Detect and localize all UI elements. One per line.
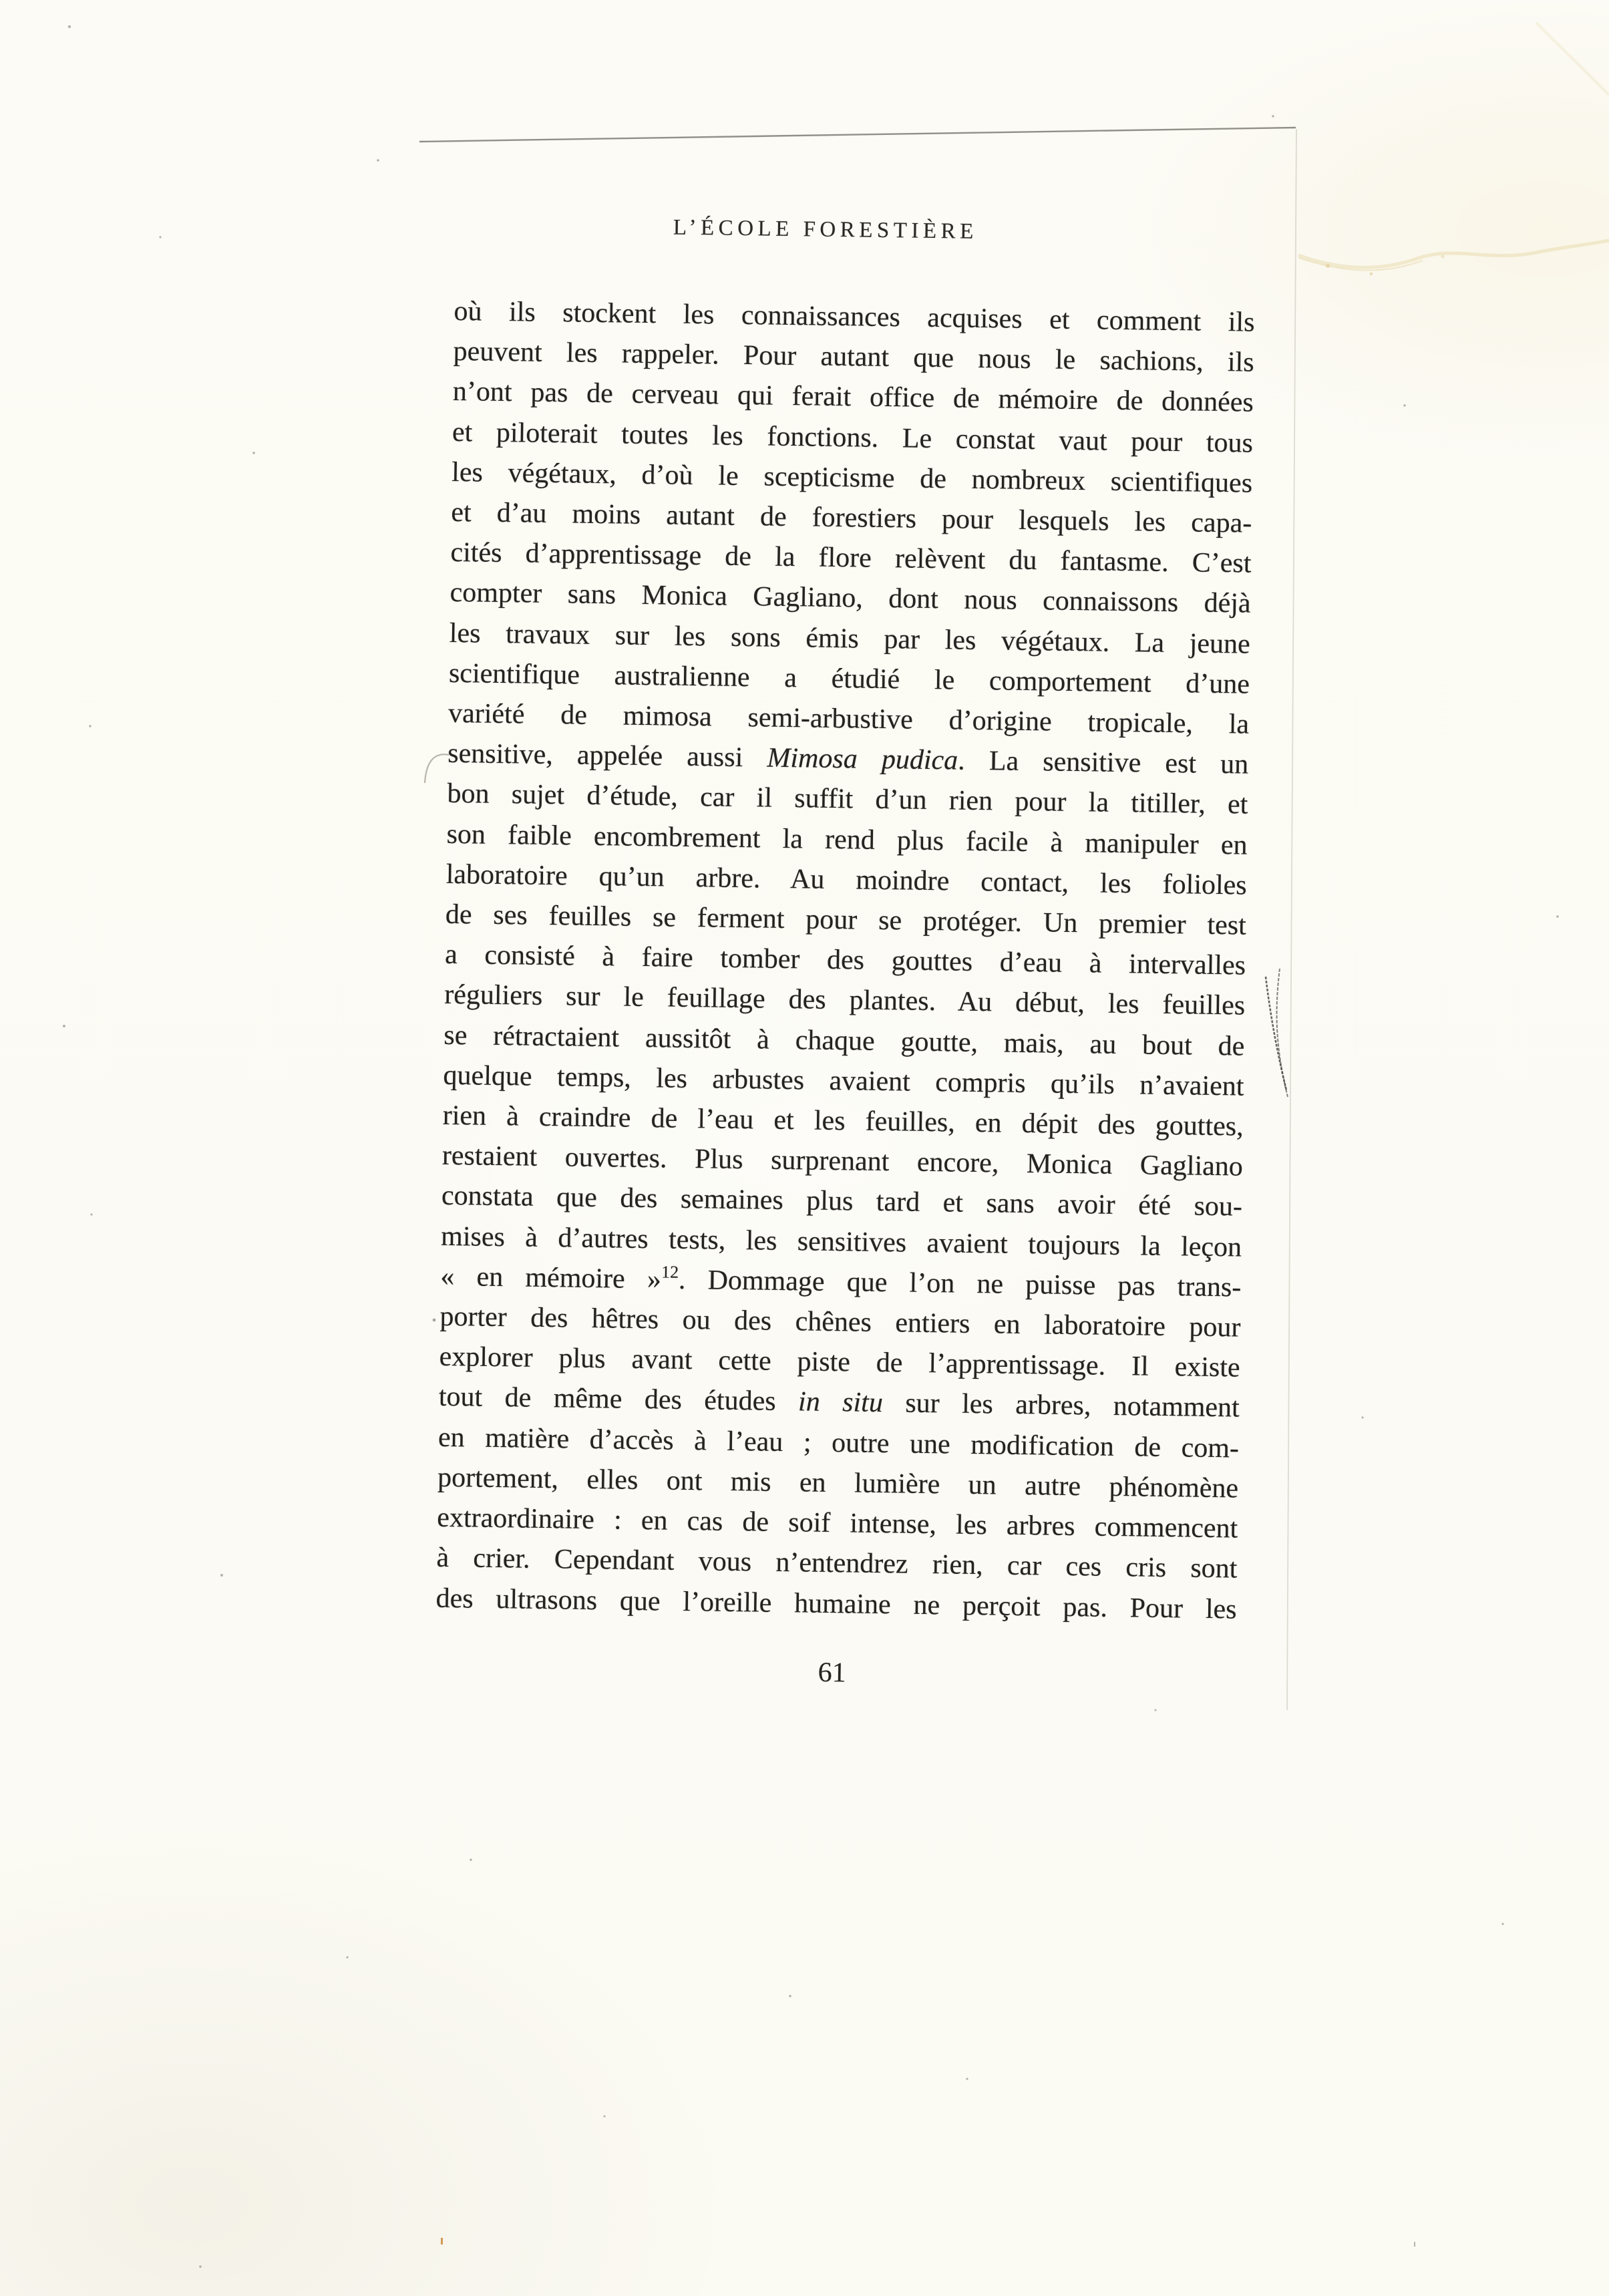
margin-curve-mark xyxy=(425,754,449,783)
running-header: L’ÉCOLE FORESTIÈRE xyxy=(425,212,1226,248)
text-block: où ils stockent les connaissances acquis… xyxy=(435,291,1255,1629)
scanned-page: L’ÉCOLE FORESTIÈRE où ils stockent les c… xyxy=(458,0,1259,11)
crease-mark xyxy=(1298,240,1609,276)
page-number: 61 xyxy=(431,1651,1233,1695)
margin-hair-mark xyxy=(1266,969,1288,1097)
page-background: { "page": { "header": "L’ÉCOLE FORESTIÈR… xyxy=(0,0,1609,2296)
page-edge-top-line xyxy=(419,128,1296,142)
corner-streak-mark xyxy=(1536,23,1609,95)
fiber-specks xyxy=(441,2238,1415,2247)
page-edge-right-line xyxy=(1287,129,1296,1710)
